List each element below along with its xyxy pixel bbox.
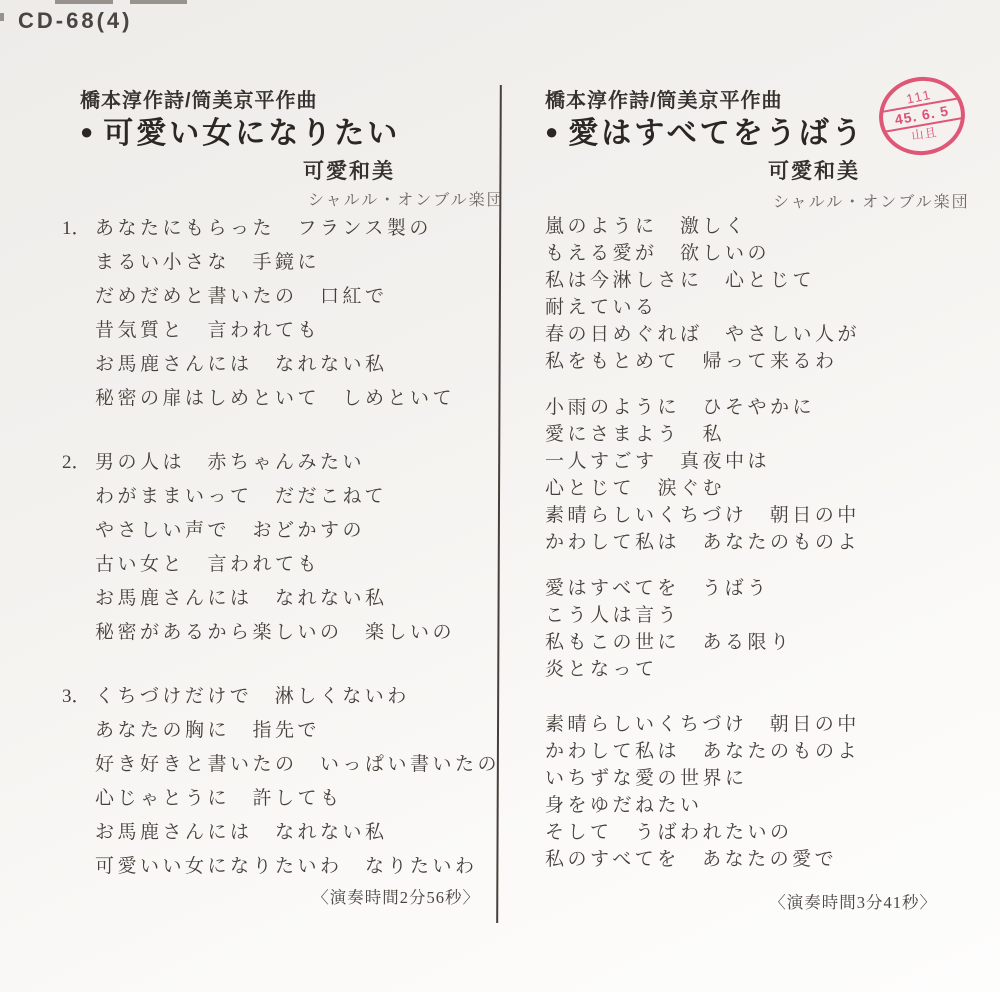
song1-duration: 〈演奏時間2分56秒〉	[180, 884, 480, 908]
song1-artist: 可愛和美	[303, 155, 395, 185]
lyric-line: こう人は言う	[545, 602, 975, 629]
lyric-line: 3．くちづけだけで 淋しくないわ	[62, 680, 492, 714]
scan-edge-artifact	[130, 0, 187, 4]
lyric-verse: 素晴らしいくちづけ 朝日の中かわして私は あなたのものよいちずな愛の世界に身をゆ…	[545, 711, 975, 873]
lyric-line: 古い女と 言われても	[62, 548, 492, 582]
lyric-line: 2．男の人は 赤ちゃんみたい	[62, 446, 492, 480]
stamp-kanji: 山且	[911, 125, 939, 143]
lyric-line: 小雨のように ひそやかに	[545, 394, 975, 421]
lyric-verse: 小雨のように ひそやかに愛にさまよう 私一人すごす 真夜中は心とじて 涙ぐむ素晴…	[545, 394, 975, 556]
song2-lyrics: 嵐のように 激しくもえる愛が 欲しいの私は今淋しさに 心とじて耐えている春の日め…	[545, 213, 975, 873]
lyric-line: かわして私は あなたのものよ	[545, 738, 975, 765]
lyric-line: 身をゆだねたい	[545, 792, 975, 819]
lyric-line: 私は今淋しさに 心とじて	[545, 267, 975, 294]
lyric-line: もえる愛が 欲しいの	[545, 240, 975, 267]
lyric-line: やさしい声で おどかすの	[62, 514, 492, 548]
song2-ensemble: シャルル・オンブル楽団	[773, 189, 970, 212]
lyric-line: まるい小さな 手鏡に	[62, 246, 492, 280]
lyric-line: 私のすべてを あなたの愛で	[545, 846, 975, 873]
song2-artist: 可愛和美	[768, 155, 860, 185]
song1-lyrics: 1．あなたにもらった フランス製のまるい小さな 手鏡にだめだめと書いたの 口紅で…	[62, 212, 492, 884]
lyric-verse: 愛はすべてを うばうこう人は言う私もこの世に ある限り炎となって	[545, 575, 975, 683]
lyric-line: 私をもとめて 帰って来るわ	[545, 348, 975, 375]
lyric-line: お馬鹿さんには なれない私	[62, 816, 492, 850]
lyric-line: 1．あなたにもらった フランス製の	[62, 212, 492, 246]
verse-number: 2．	[62, 446, 95, 480]
lyric-line: 昔気質と 言われても	[62, 314, 492, 348]
lyric-verse: 1．あなたにもらった フランス製のまるい小さな 手鏡にだめだめと書いたの 口紅で…	[62, 212, 492, 416]
lyric-line: 耐えている	[545, 294, 975, 321]
song2-title-line: ●愛はすべてをうばう	[545, 108, 865, 152]
lyric-sheet-page: CD-68(4) 橋本淳作詩/筒美京平作曲 ●可愛い女になりたい 可愛和美 シャ…	[0, 0, 1000, 992]
song2-title: 愛はすべてをうばう	[568, 117, 864, 150]
lyric-line: 春の日めぐれば やさしい人が	[545, 321, 975, 348]
song1-title: 可愛い女になりたい	[103, 117, 400, 150]
verse-number: 3．	[62, 680, 95, 714]
bullet-icon: ●	[545, 119, 558, 144]
lyric-line: 素晴らしいくちづけ 朝日の中	[545, 502, 975, 529]
lyric-line: 炎となって	[545, 656, 975, 683]
song1-title-line: ●可愛い女になりたい	[80, 108, 400, 152]
lyric-line: 可愛いい女になりたいわ なりたいわ	[62, 850, 492, 884]
lyric-line: 嵐のように 激しく	[545, 213, 975, 240]
lyric-line: いちずな愛の世界に	[545, 765, 975, 792]
lyric-line: 素晴らしいくちづけ 朝日の中	[545, 711, 975, 738]
date-stamp: 111 45. 6. 5 山且	[874, 71, 970, 160]
lyric-line: 一人すごす 真夜中は	[545, 448, 975, 475]
bullet-icon: ●	[80, 119, 93, 144]
lyric-line: 心とじて 涙ぐむ	[545, 475, 975, 502]
lyric-verse: 3．くちづけだけで 淋しくないわあなたの胸に 指先で好き好きと書いたの いっぱい…	[62, 680, 492, 884]
lyric-line: かわして私は あなたのものよ	[545, 529, 975, 556]
verse-number: 1．	[62, 212, 95, 246]
lyric-line: 秘密の扉はしめといて しめといて	[62, 382, 492, 416]
lyric-verse: 嵐のように 激しくもえる愛が 欲しいの私は今淋しさに 心とじて耐えている春の日め…	[545, 213, 975, 375]
lyric-line: 愛にさまよう 私	[545, 421, 975, 448]
catalog-number: CD-68(4)	[18, 8, 132, 34]
lyric-line: 好き好きと書いたの いっぱい書いたの	[62, 748, 492, 782]
lyric-line: お馬鹿さんには なれない私	[62, 582, 492, 616]
lyric-line: 私もこの世に ある限り	[545, 629, 975, 656]
lyric-line: 愛はすべてを うばう	[545, 575, 975, 602]
song2-duration: 〈演奏時間3分41秒〉	[637, 889, 937, 913]
column-divider-rule	[496, 85, 502, 923]
lyric-line: わがままいって だだこねて	[62, 480, 492, 514]
lyric-line: あなたの胸に 指先で	[62, 714, 492, 748]
scan-edge-artifact	[55, 0, 113, 4]
lyric-line: 秘密があるから楽しいの 楽しいの	[62, 616, 492, 650]
lyric-line: 心じゃとうに 許しても	[62, 782, 492, 816]
scan-edge-artifact	[0, 13, 4, 21]
lyric-line: そして うばわれたいの	[545, 819, 975, 846]
lyric-line: お馬鹿さんには なれない私	[62, 348, 492, 382]
lyric-line: だめだめと書いたの 口紅で	[62, 280, 492, 314]
lyric-verse: 2．男の人は 赤ちゃんみたいわがままいって だだこねてやさしい声で おどかすの古…	[62, 446, 492, 650]
song1-ensemble: シャルル・オンブル楽団	[308, 187, 505, 210]
